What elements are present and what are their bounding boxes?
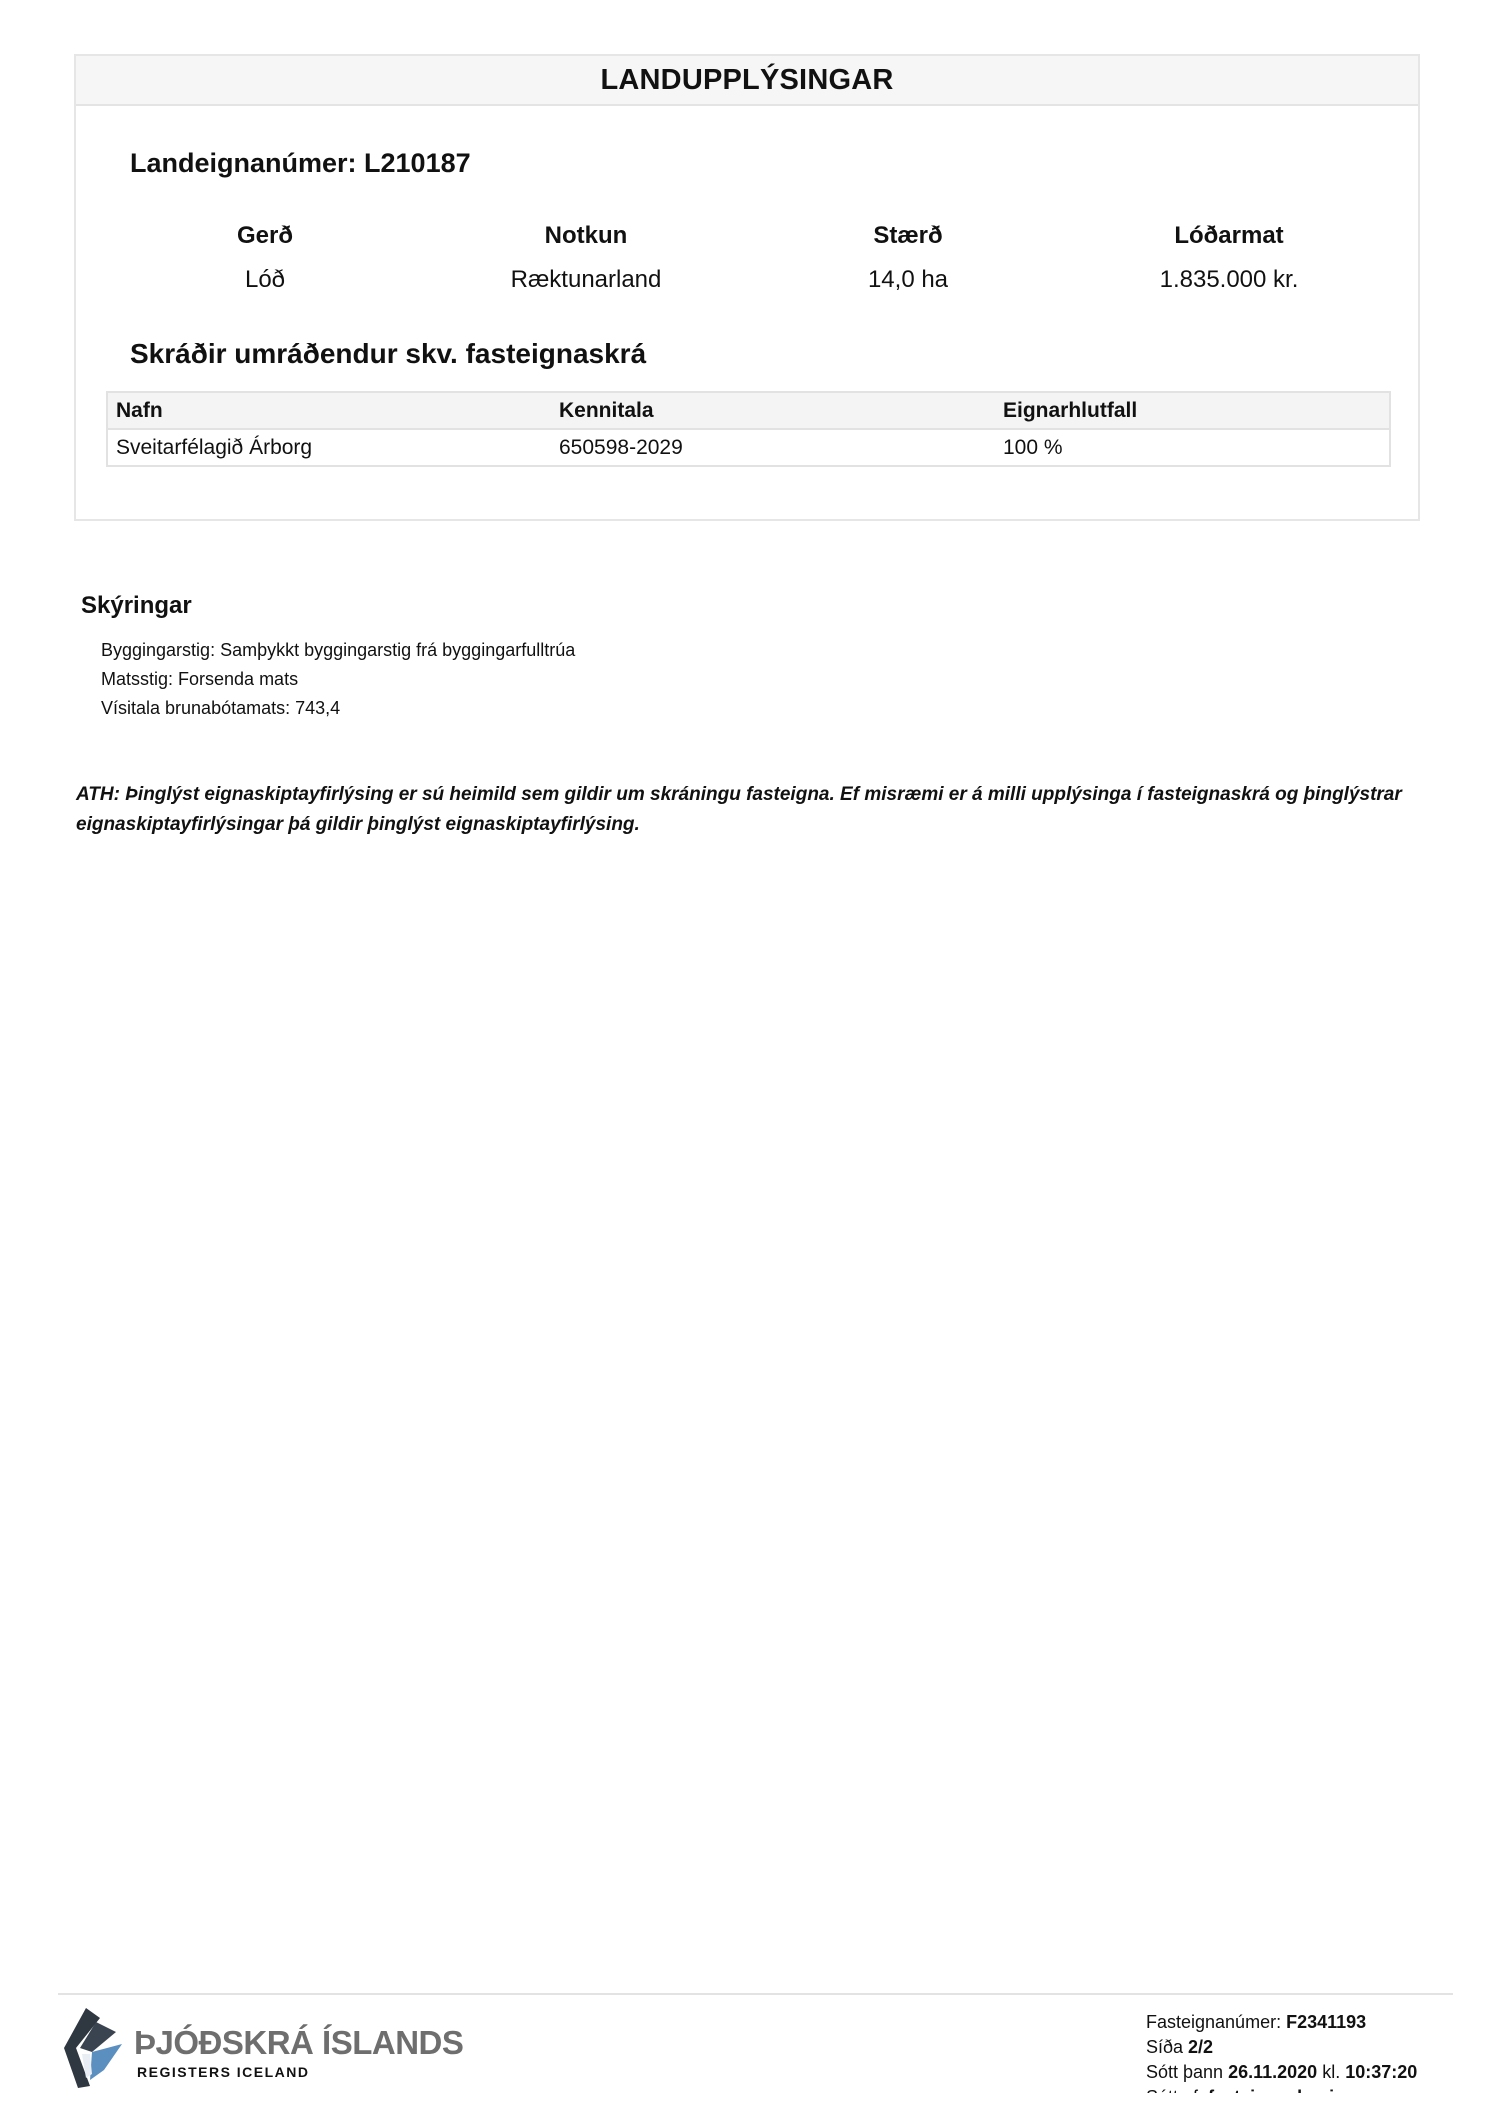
logo-wordmark: ÞJÓÐSKRÁ ÍSLANDS	[134, 2024, 463, 2062]
info-header: Lóðarmat	[1079, 222, 1379, 266]
explanation-item: Matsstig: Forsenda mats	[101, 665, 575, 694]
legal-notice: ATH: Þinglýst eignaskiptayfirlýsing er s…	[76, 780, 1416, 840]
owner-name: Sveitarfélagið Árborg	[107, 429, 551, 466]
info-value: Ræktunarland	[436, 266, 736, 294]
land-id-heading: Landeignanúmer: L210187	[130, 148, 471, 179]
info-header: Gerð	[115, 222, 415, 266]
info-value: 14,0 ha	[758, 266, 1058, 294]
info-value: Lóð	[115, 266, 415, 294]
retrieved-timestamp: Sótt þann 26.11.2020 kl. 10:37:20	[1146, 2060, 1417, 2085]
info-col-valuation: Lóðarmat 1.835.000 kr.	[1079, 222, 1379, 294]
footer-divider	[58, 1993, 1453, 1995]
owners-table: Nafn Kennitala Eignarhlutfall Sveitarfél…	[106, 391, 1391, 467]
panel-header: LANDUPPLÝSINGAR	[76, 56, 1418, 106]
owner-share: 100 %	[995, 429, 1390, 466]
registers-iceland-logo-icon	[56, 2008, 124, 2088]
explanation-item: Byggingarstig: Samþykkt byggingarstig fr…	[101, 636, 575, 665]
info-col-size: Stærð 14,0 ha	[758, 222, 1058, 294]
panel-title: LANDUPPLÝSINGAR	[600, 64, 893, 96]
logo-subtitle: REGISTERS ICELAND	[137, 2064, 310, 2080]
info-col-type: Gerð Lóð	[115, 222, 415, 294]
table-row: Sveitarfélagið Árborg 650598-2029 100 %	[107, 429, 1390, 466]
info-header: Notkun	[436, 222, 736, 266]
column-header-share: Eignarhlutfall	[995, 392, 1390, 429]
document-meta: Fasteignanúmer: F2341193 Síða 2/2 Sótt þ…	[1146, 2010, 1417, 2093]
explanations-list: Byggingarstig: Samþykkt byggingarstig fr…	[101, 636, 575, 723]
column-header-name: Nafn	[107, 392, 551, 429]
owners-heading: Skráðir umráðendur skv. fasteignaskrá	[130, 338, 646, 370]
property-number: Fasteignanúmer: F2341193	[1146, 2010, 1417, 2035]
page-indicator: Síða 2/2	[1146, 2035, 1417, 2060]
owner-id: 650598-2029	[551, 429, 995, 466]
explanation-item: Vísitala brunabótamats: 743,4	[101, 694, 575, 723]
column-header-id: Kennitala	[551, 392, 995, 429]
table-header-row: Nafn Kennitala Eignarhlutfall	[107, 392, 1390, 429]
info-col-usage: Notkun Ræktunarland	[436, 222, 736, 294]
land-info-panel: LANDUPPLÝSINGAR Landeignanúmer: L210187 …	[74, 54, 1420, 521]
info-value: 1.835.000 kr.	[1079, 266, 1379, 294]
retrieved-source: Sótt af: fasteignaskra.is	[1146, 2085, 1417, 2093]
info-header: Stærð	[758, 222, 1058, 266]
explanations-heading: Skýringar	[81, 592, 192, 620]
